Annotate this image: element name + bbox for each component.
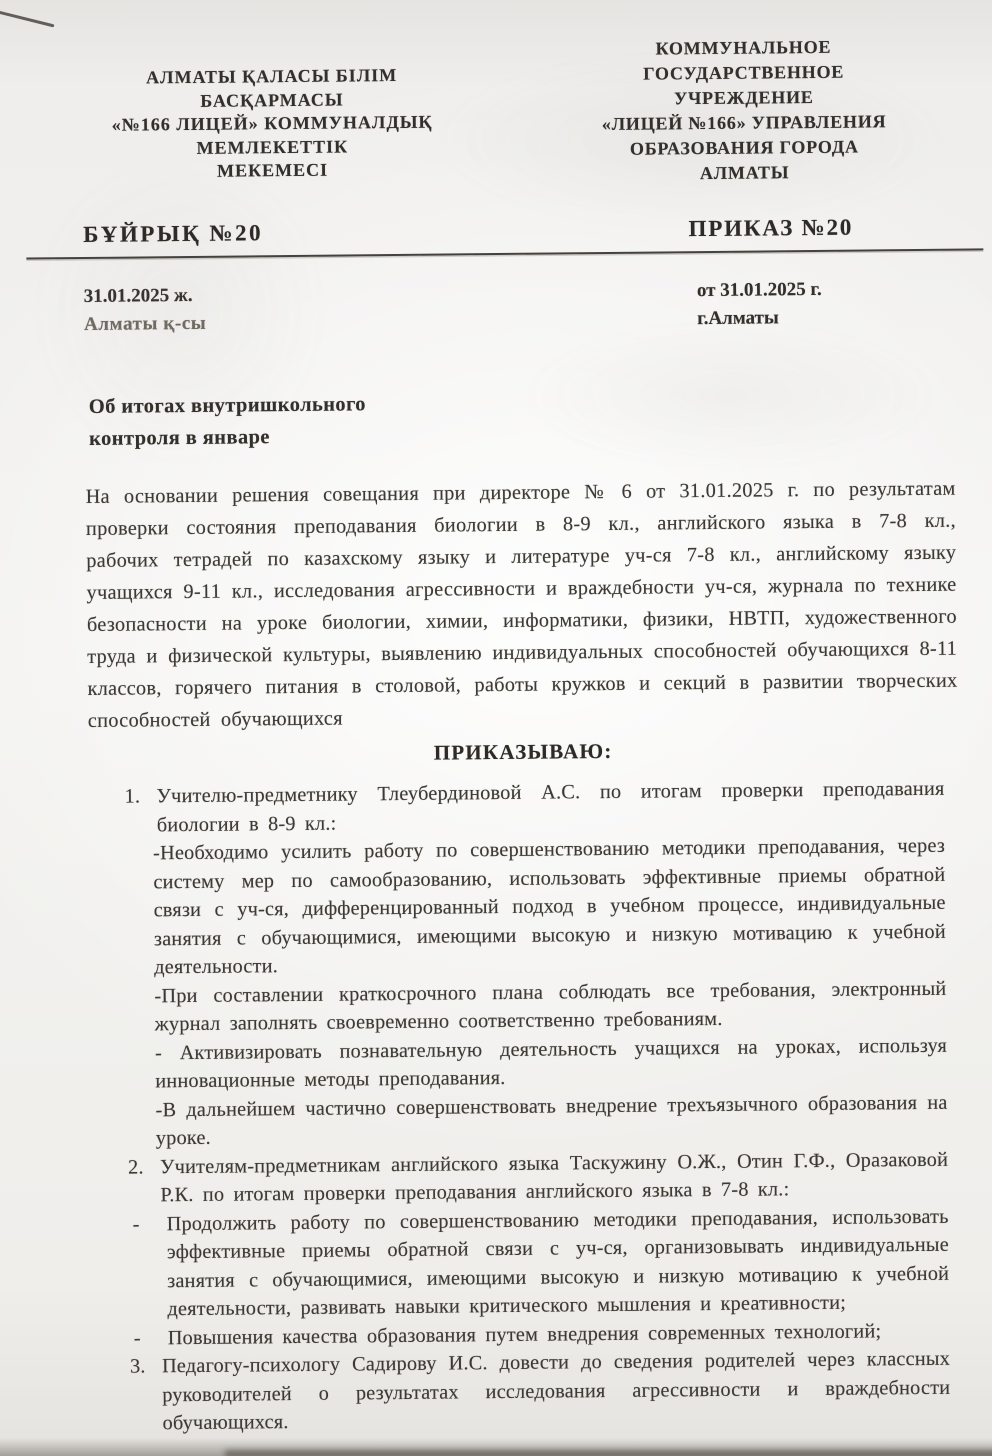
bullet-dash: - xyxy=(134,1324,141,1353)
document-titles: БҰЙРЫҚ №20 ПРИКАЗ №20 xyxy=(0,213,991,249)
order-item-3: 3. Педагогу-психологу Садирову И.С. дове… xyxy=(128,1345,951,1438)
item-text: Продолжить работу по совершенствованию м… xyxy=(167,1205,950,1320)
item-text: -При составлении краткосрочного плана со… xyxy=(154,977,946,1035)
order-items-list: 1. Учителю-предметнику Тлеубердиновой А.… xyxy=(122,775,950,1438)
order-subject: Об итогах внутришкольного контроля в янв… xyxy=(89,382,992,455)
item-number: 3. xyxy=(130,1352,146,1381)
item-text: -В дальнейшем частично совершенствовать … xyxy=(155,1091,947,1149)
bullet-dash: - xyxy=(133,1210,140,1239)
scan-bottom-shadow xyxy=(0,1438,992,1456)
order-title-russian: ПРИКАЗ №20 xyxy=(688,215,853,243)
document-content: АЛМАТЫ ҚАЛАСЫ БІЛІМ БАСҚАРМАСЫ «№166 ЛИЦ… xyxy=(0,0,992,1456)
order-city-kazakh: Алматы қ-сы xyxy=(84,310,207,339)
order-item-1-measure-4: -В дальнейшем частично совершенствовать … xyxy=(125,1088,948,1153)
item-text: Учителю-предметнику Тлеубердиновой А.С. … xyxy=(156,778,944,836)
item-text: Учителям-предметникам английского языка … xyxy=(160,1148,948,1206)
scanned-document-page: АЛМАТЫ ҚАЛАСЫ БІЛІМ БАСҚАРМАСЫ «№166 ЛИЦ… xyxy=(0,0,992,1456)
order-item-1-measure-1: -Необходимо усилить работу по совершенст… xyxy=(123,832,946,982)
order-item-2: 2. Учителям-предметникам английского язы… xyxy=(126,1145,949,1210)
date-place-russian: от 31.01.2025 г. г.Алматы xyxy=(697,276,822,333)
order-command-word: ПРИКАЗЫВАЮ: xyxy=(88,731,958,773)
order-preamble: На основании решения совещания при дирек… xyxy=(86,473,958,737)
date-place-row: 31.01.2025 ж. Алматы қ-сы от 31.01.2025 … xyxy=(0,274,992,340)
order-date-russian: от 31.01.2025 г. xyxy=(697,276,822,305)
item-text: Педагогу-психологу Садирову И.С. довести… xyxy=(162,1348,950,1435)
item-number: 2. xyxy=(128,1153,144,1182)
item-number: 1. xyxy=(124,782,140,811)
item-text: Повышения качества образования путем вне… xyxy=(168,1320,882,1349)
order-date-kazakh: 31.01.2025 ж. xyxy=(84,282,207,311)
letterhead: АЛМАТЫ ҚАЛАСЫ БІЛІМ БАСҚАРМАСЫ «№166 ЛИЦ… xyxy=(0,0,991,193)
order-city-russian: г.Алматы xyxy=(697,304,822,333)
order-item-2-measure-1: - Продолжить работу по совершенствованию… xyxy=(127,1202,950,1324)
organization-name-kazakh: АЛМАТЫ ҚАЛАСЫ БІЛІМ БАСҚАРМАСЫ «№166 ЛИЦ… xyxy=(86,63,459,184)
order-item-1-measure-3: - Активизировать познавательную деятельн… xyxy=(125,1031,948,1096)
item-text: -Необходимо усилить работу по совершенст… xyxy=(153,835,946,979)
item-text: - Активизировать познавательную деятельн… xyxy=(155,1034,947,1092)
organization-name-russian: КОММУНАЛЬНОЕ ГОСУДАРСТВЕННОЕ УЧРЕЖДЕНИЕ … xyxy=(513,33,974,187)
order-title-kazakh: БҰЙРЫҚ №20 xyxy=(83,220,263,248)
order-item-1-measure-2: -При составлении краткосрочного плана со… xyxy=(124,974,947,1039)
order-item-1: 1. Учителю-предметнику Тлеубердиновой А.… xyxy=(122,775,945,840)
header-divider-line xyxy=(26,248,983,259)
date-place-kazakh: 31.01.2025 ж. Алматы қ-сы xyxy=(84,282,207,339)
